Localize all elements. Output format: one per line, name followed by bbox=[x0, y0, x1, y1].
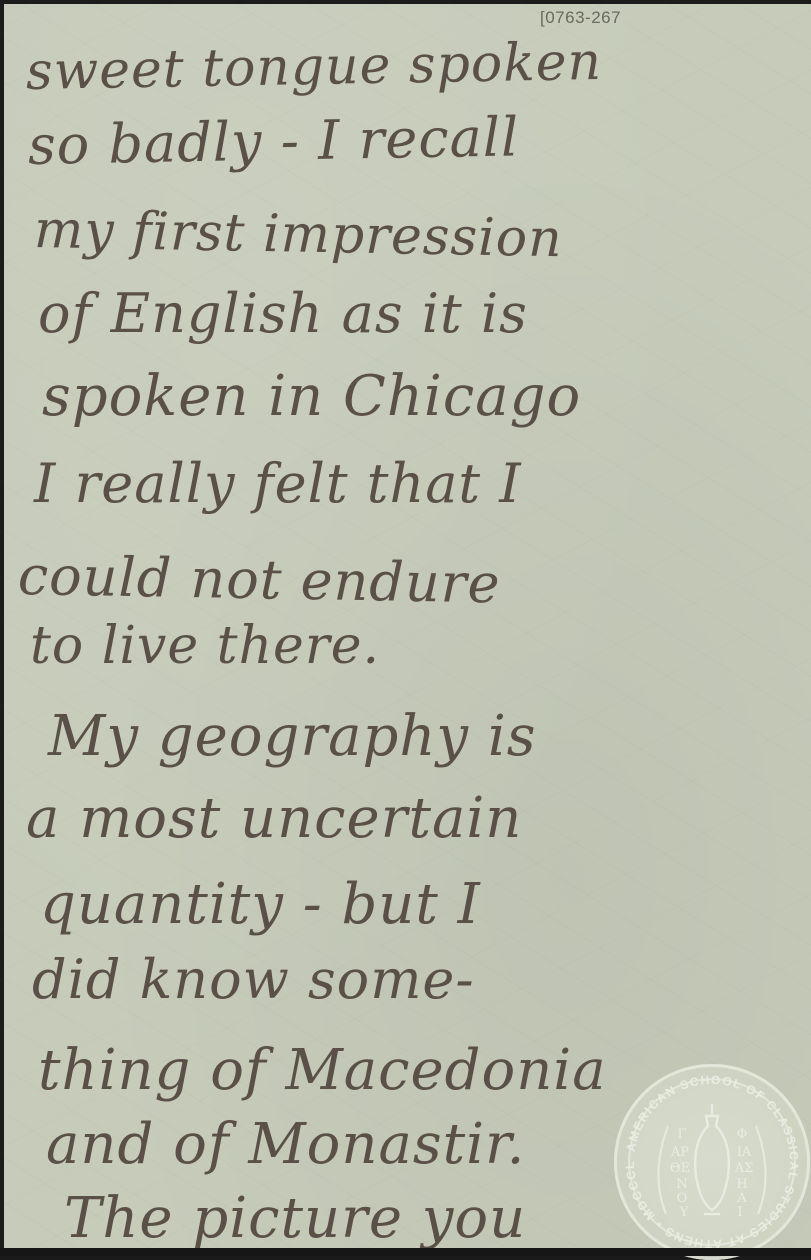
seal-outer-text: AMERICAN SCHOOL OF CLASSICAL STUDIES AT … bbox=[614, 1064, 801, 1251]
svg-text:ΙΑ: ΙΑ bbox=[737, 1145, 752, 1160]
svg-text:AMERICAN SCHOOL OF CLASSICAL S: AMERICAN SCHOOL OF CLASSICAL STUDIES AT … bbox=[614, 1064, 801, 1251]
handwritten-line: I really felt that I bbox=[34, 452, 522, 515]
handwritten-line: quantity - but I bbox=[40, 872, 481, 937]
handwritten-line: spoken in Chicago bbox=[42, 364, 581, 429]
paper-sheet: [0763-267 sweet tongue spokenso badly - … bbox=[4, 4, 811, 1248]
handwritten-line: did know some- bbox=[32, 948, 475, 1011]
scanned-page: [0763-267 sweet tongue spokenso badly - … bbox=[0, 0, 811, 1256]
handwritten-line: to live there. bbox=[30, 616, 380, 676]
handwritten-line: so badly - I recall bbox=[27, 105, 519, 177]
seal-emblem-icon: AMERICAN SCHOOL OF CLASSICAL STUDIES AT … bbox=[614, 1064, 810, 1256]
svg-text:Α: Α bbox=[736, 1191, 747, 1206]
svg-text:Γ: Γ bbox=[677, 1127, 686, 1142]
handwritten-line: The picture you bbox=[64, 1186, 526, 1251]
handwritten-line: could not endure bbox=[17, 544, 501, 615]
embossed-seal: AMERICAN SCHOOL OF CLASSICAL STUDIES AT … bbox=[614, 1064, 810, 1256]
svg-text:Φ: Φ bbox=[737, 1127, 748, 1142]
svg-text:Η: Η bbox=[736, 1177, 747, 1192]
svg-text:ΘΕ: ΘΕ bbox=[670, 1161, 690, 1176]
archive-reference-label: [0763-267 bbox=[540, 8, 621, 28]
svg-text:ΑΡ: ΑΡ bbox=[670, 1145, 689, 1160]
handwritten-line: a most uncertain bbox=[26, 786, 522, 851]
handwritten-line: my first impression bbox=[33, 200, 563, 269]
svg-text:Ν: Ν bbox=[676, 1177, 687, 1192]
svg-text:Υ: Υ bbox=[679, 1205, 689, 1220]
handwritten-line: My geography is bbox=[48, 704, 536, 769]
svg-text:Ο: Ο bbox=[677, 1191, 688, 1206]
handwritten-line: and of Monastir. bbox=[46, 1112, 525, 1177]
scan-bottom-border bbox=[0, 1248, 811, 1256]
handwritten-line: sweet tongue spoken bbox=[25, 32, 602, 102]
handwritten-line: thing of Macedonia bbox=[38, 1038, 607, 1103]
svg-text:Ι: Ι bbox=[737, 1205, 742, 1220]
svg-text:ΑΣ: ΑΣ bbox=[734, 1161, 754, 1176]
handwritten-line: of English as it is bbox=[38, 282, 528, 345]
